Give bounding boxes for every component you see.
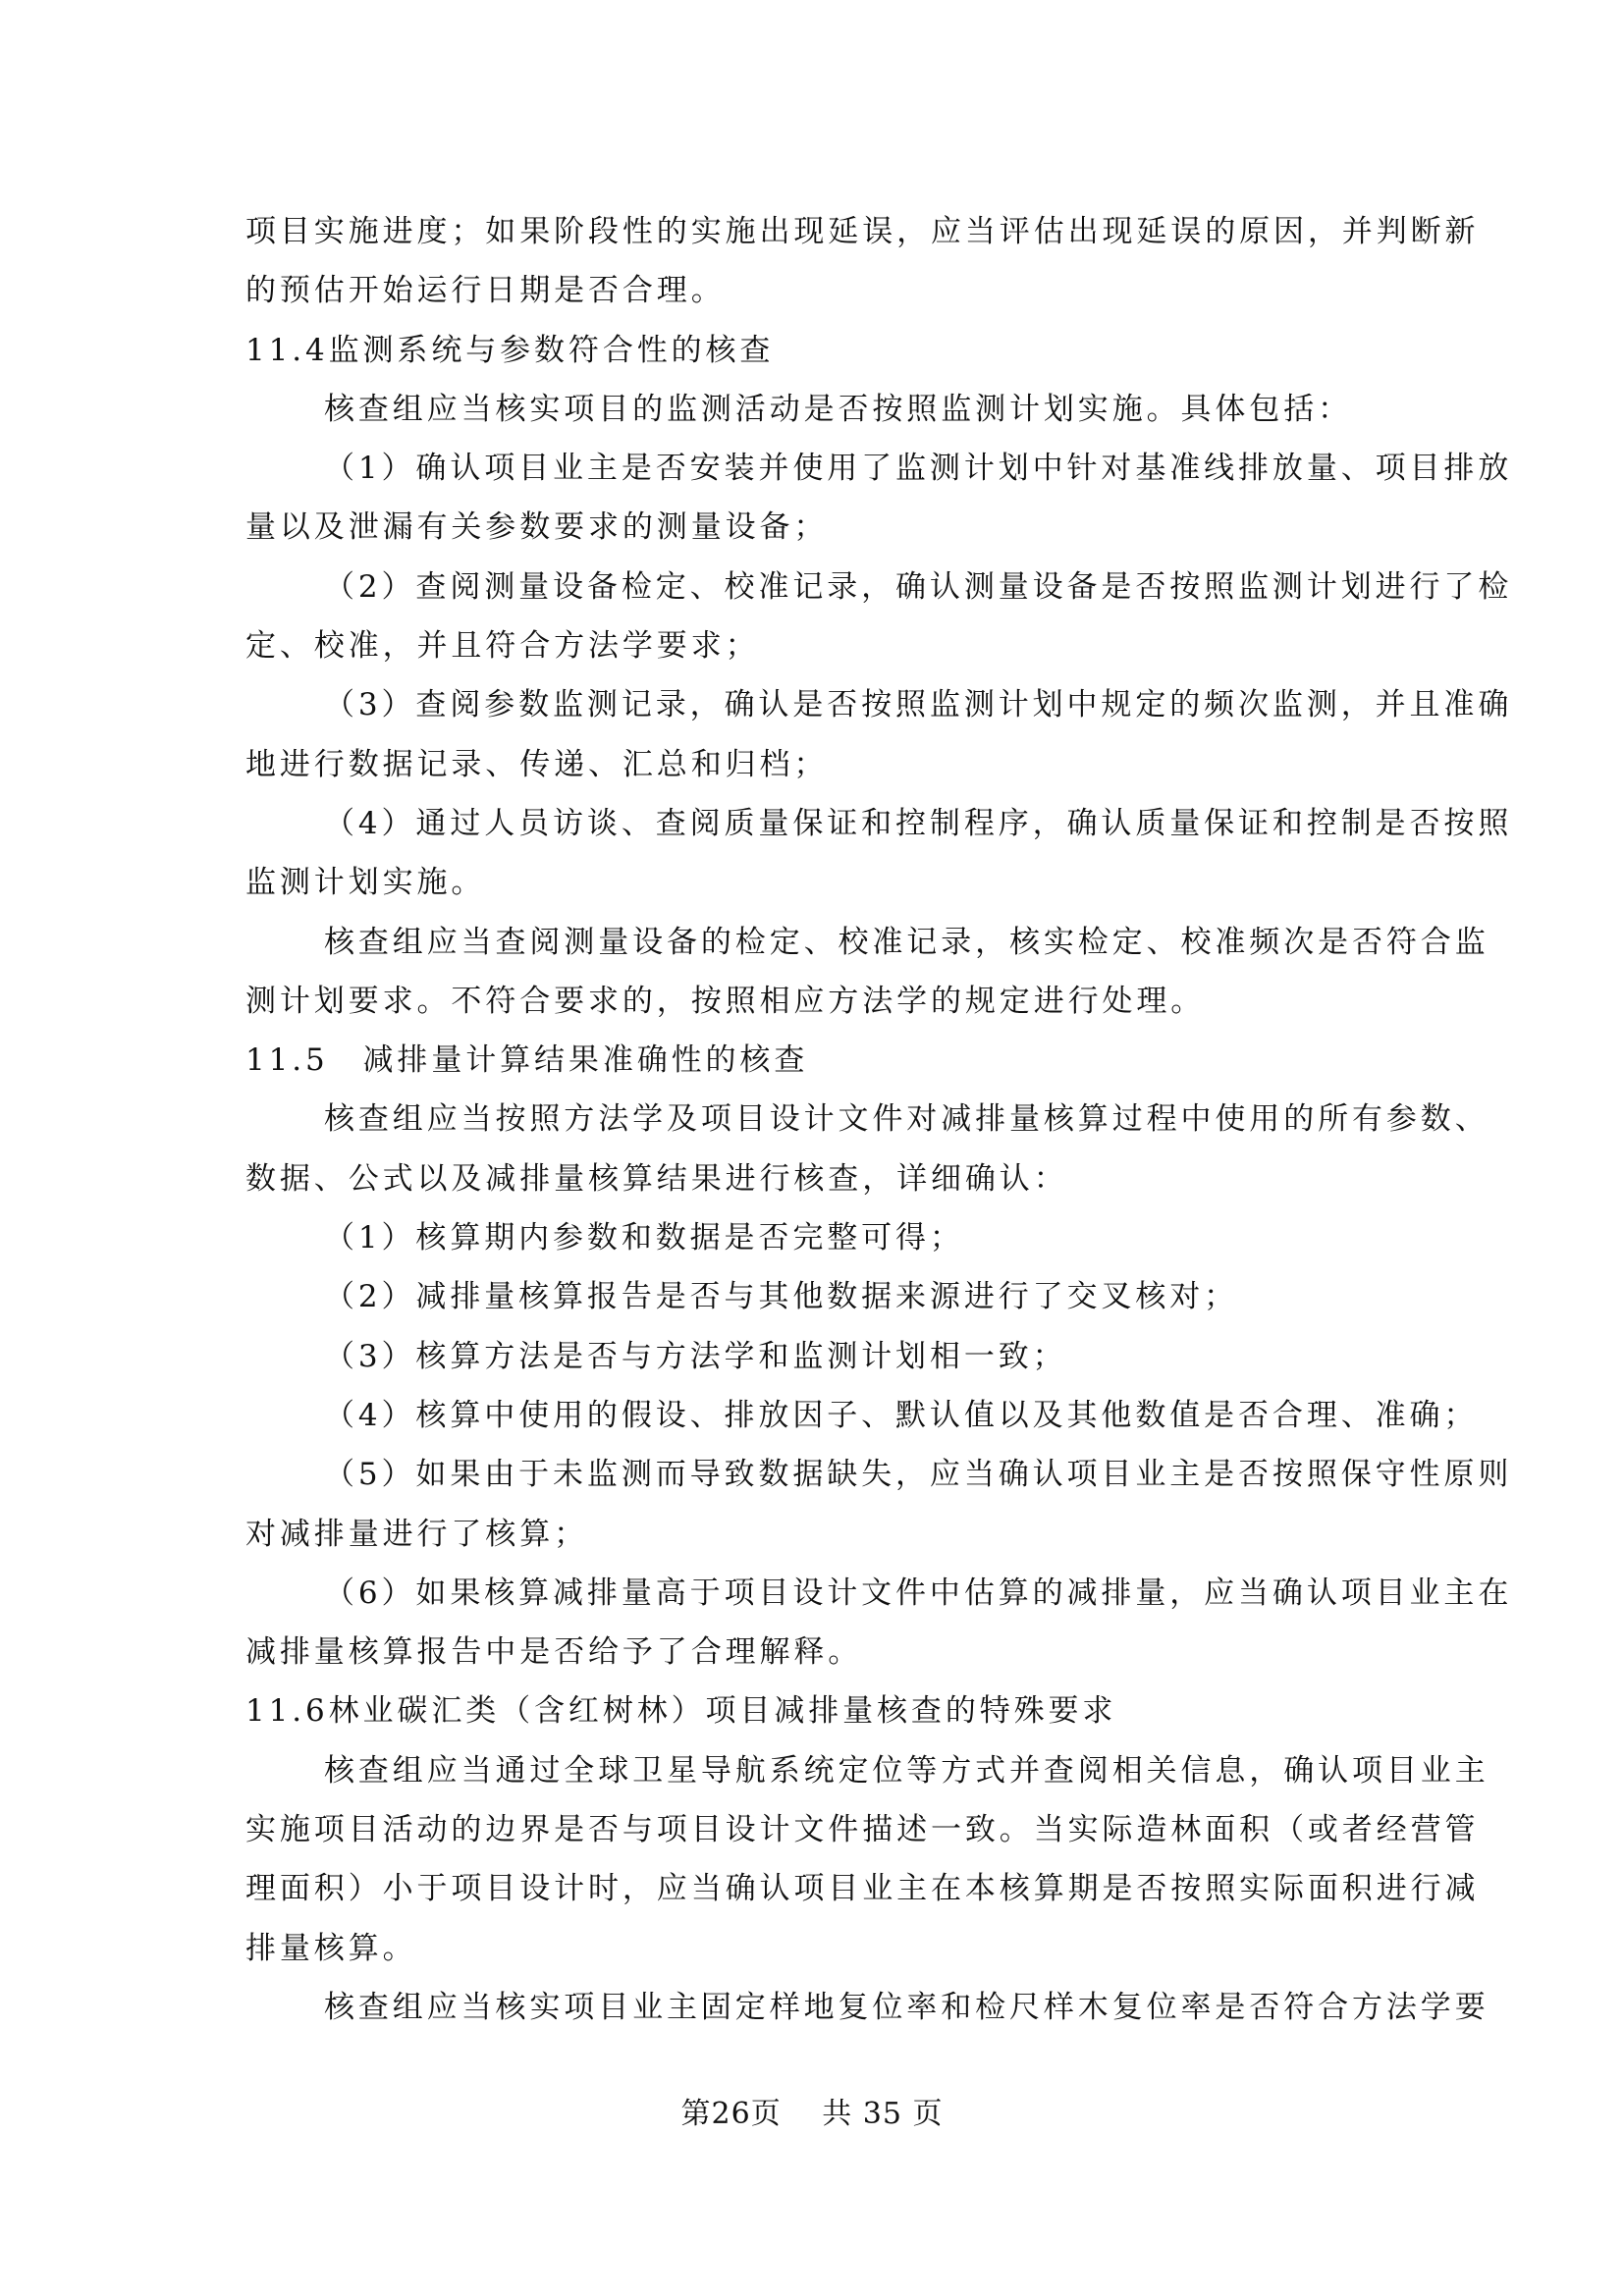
paragraph-line: 核查组应当通过全球卫星导航系统定位等方式并查阅相关信息，确认项目业主	[245, 1741, 1465, 1800]
list-item-line: 量以及泄漏有关参数要求的测量设备；	[245, 498, 1465, 557]
paragraph-line: 实施项目活动的边界是否与项目设计文件描述一致。当实际造林面积（或者经营管	[245, 1800, 1465, 1859]
paragraph-line: 理面积）小于项目设计时，应当确认项目业主在本核算期是否按照实际面积进行减	[245, 1859, 1465, 1918]
list-item-line: （6）如果核算减排量高于项目设计文件中估算的减排量，应当确认项目业主在	[245, 1564, 1465, 1623]
section-heading-11-4: 11.4监测系统与参数符合性的核查	[245, 321, 1465, 380]
list-item-line: （4）通过人员访谈、查阅质量保证和控制程序，确认质量保证和控制是否按照	[245, 794, 1465, 853]
section-heading-11-6: 11.6林业碳汇类（含红树林）项目减排量核查的特殊要求	[245, 1682, 1465, 1740]
paragraph-line: 排量核算。	[245, 1919, 1465, 1978]
list-item-line: 对减排量进行了核算；	[245, 1505, 1465, 1564]
paragraph-line: 测计划要求。不符合要求的，按照相应方法学的规定进行处理。	[245, 972, 1465, 1031]
paragraph-line: 核查组应当查阅测量设备的检定、校准记录，核实检定、校准频次是否符合监	[245, 913, 1465, 972]
list-item-line: （2）减排量核算报告是否与其他数据来源进行了交叉核对；	[245, 1267, 1465, 1326]
list-item-line: 减排量核算报告中是否给予了合理解释。	[245, 1623, 1465, 1682]
page-number-footer: 第26页 共 35 页	[0, 2089, 1624, 2132]
list-item-line: 监测计划实施。	[245, 853, 1465, 912]
paragraph-line: 核查组应当按照方法学及项目设计文件对减排量核算过程中使用的所有参数、	[245, 1090, 1465, 1148]
list-item-line: （1）核算期内参数和数据是否完整可得；	[245, 1208, 1465, 1267]
document-body: 项目实施进度；如果阶段性的实施出现延误，应当评估出现延误的原因，并判断新 的预估…	[245, 202, 1465, 2037]
paragraph-line: 核查组应当核实项目业主固定样地复位率和检尺样木复位率是否符合方法学要	[245, 1978, 1465, 2037]
list-item-line: （4）核算中使用的假设、排放因子、默认值以及其他数值是否合理、准确；	[245, 1386, 1465, 1445]
list-item-line: 地进行数据记录、传递、汇总和归档；	[245, 735, 1465, 794]
paragraph-line: 核查组应当核实项目的监测活动是否按照监测计划实施。具体包括：	[245, 380, 1465, 439]
list-item-line: （3）查阅参数监测记录，确认是否按照监测计划中规定的频次监测，并且准确	[245, 675, 1465, 734]
list-item-line: 定、校准，并且符合方法学要求；	[245, 616, 1465, 675]
paragraph-line: 项目实施进度；如果阶段性的实施出现延误，应当评估出现延误的原因，并判断新	[245, 202, 1465, 261]
list-item-line: （5）如果由于未监测而导致数据缺失，应当确认项目业主是否按照保守性原则	[245, 1445, 1465, 1504]
list-item-line: （3）核算方法是否与方法学和监测计划相一致；	[245, 1327, 1465, 1386]
paragraph-line: 的预估开始运行日期是否合理。	[245, 261, 1465, 320]
section-heading-11-5: 11.5 减排量计算结果准确性的核查	[245, 1031, 1465, 1090]
paragraph-line: 数据、公式以及减排量核算结果进行核查，详细确认：	[245, 1149, 1465, 1208]
list-item-line: （1）确认项目业主是否安装并使用了监测计划中针对基准线排放量、项目排放	[245, 439, 1465, 498]
list-item-line: （2）查阅测量设备检定、校准记录，确认测量设备是否按照监测计划进行了检	[245, 558, 1465, 616]
